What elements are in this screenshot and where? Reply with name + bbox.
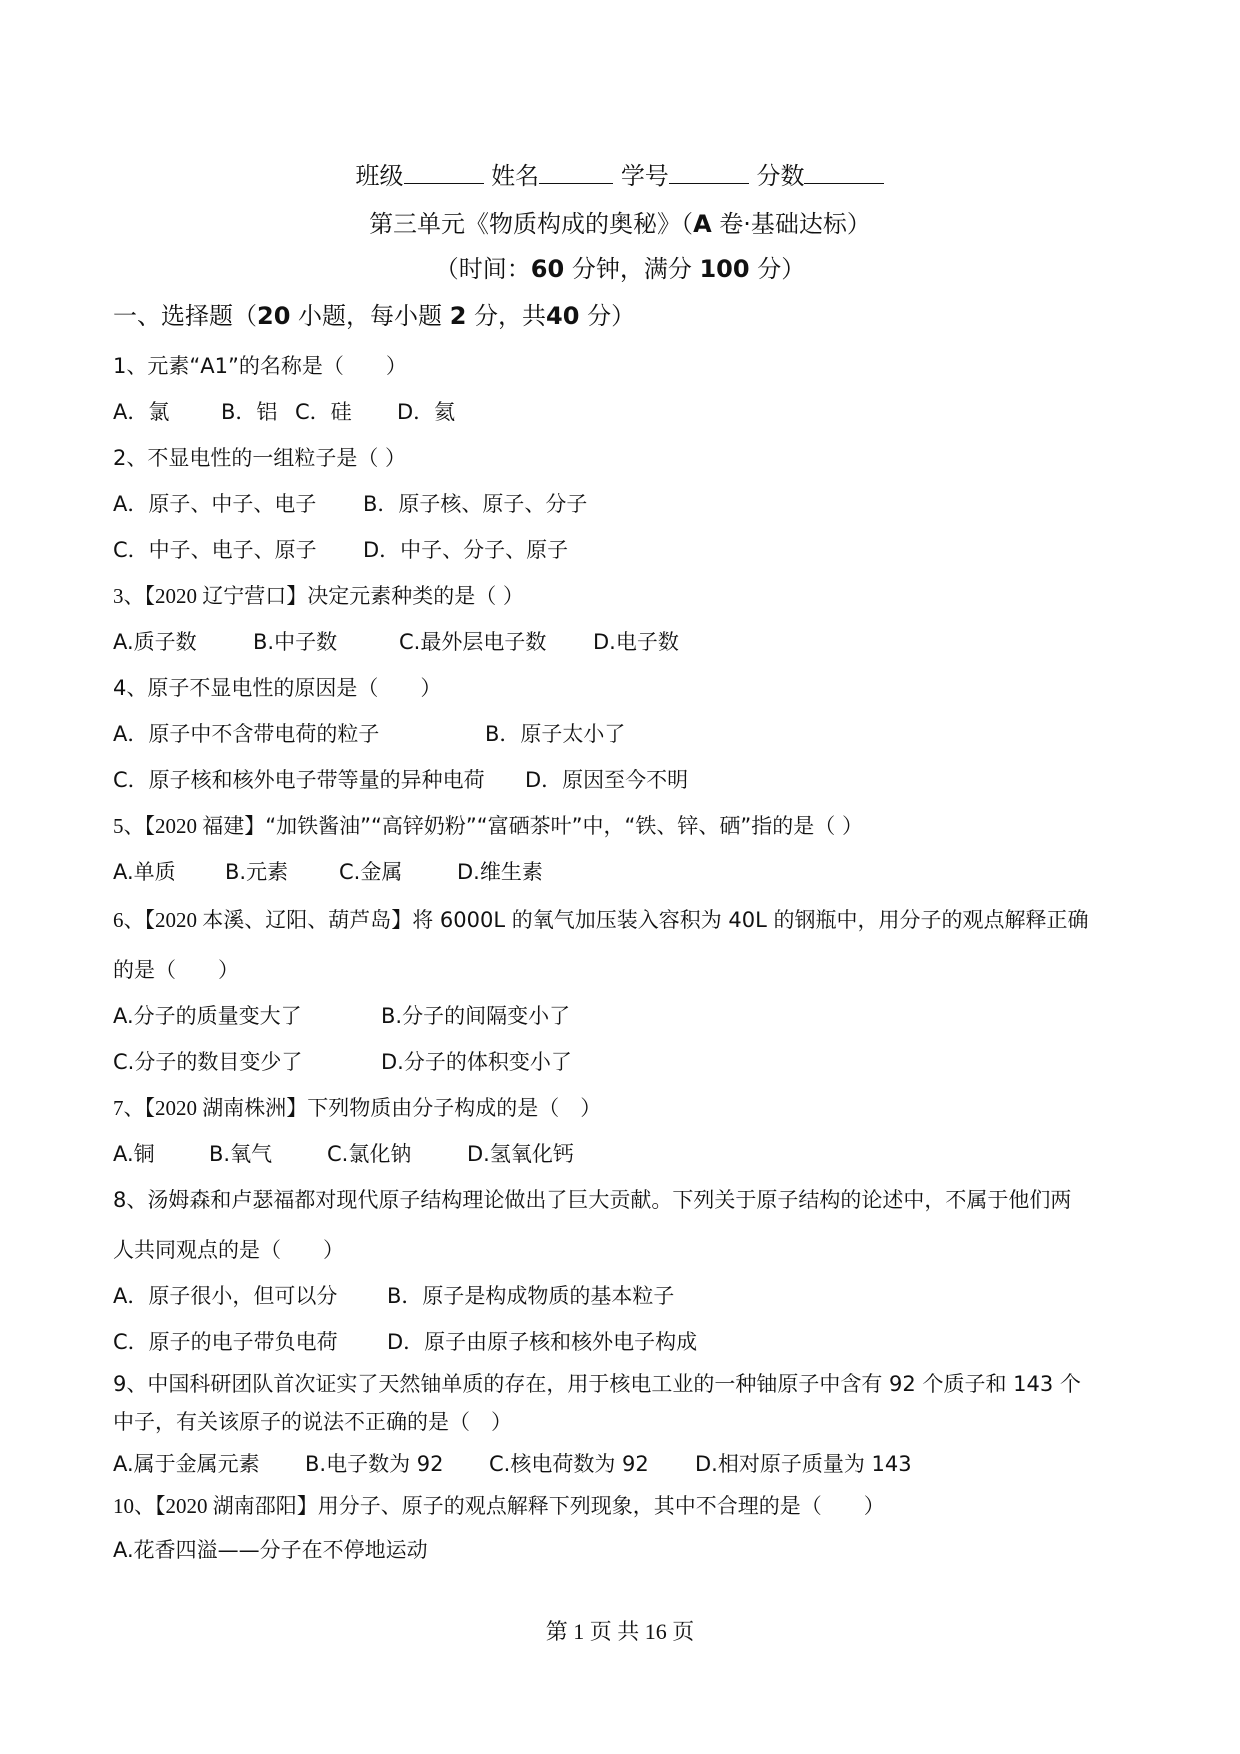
question-text-cont: 人共同观点的是（ ） <box>113 1238 344 1262</box>
question-2: 2、不显电性的一组粒子是（ ） <box>113 444 406 472</box>
question-6-cont: 的是（ ） <box>113 956 239 984</box>
option-d[interactable]: D．原子由原子核和核外电子构成 <box>387 1328 697 1356</box>
question-text: 元素“A1”的名称是（ ） <box>147 354 407 378</box>
question-text: 下列物质由分子构成的是（ ） <box>307 1096 601 1120</box>
option-d[interactable]: D.氢氧化钙 <box>467 1140 574 1168</box>
question-9-cont: 中子，有关该原子的说法不正确的是（ ） <box>113 1408 512 1436</box>
question-4-options-row1: A．原子中不含带电荷的粒子B．原子太小了 <box>113 720 625 748</box>
option-a[interactable]: A.质子数 <box>113 628 253 656</box>
question-number: 6、 <box>113 908 145 932</box>
total-points: 40 <box>546 302 579 330</box>
option-a[interactable]: A．原子、中子、电子 <box>113 490 363 518</box>
section-prefix: 一、选择题（ <box>113 302 257 330</box>
class-blank[interactable] <box>404 161 484 184</box>
class-label: 班级 <box>356 162 404 190</box>
question-text: 原子不显电性的原因是（ ） <box>147 676 441 700</box>
exam-page: 班级 姓名 学号 分数 第三单元《物质构成的奥秘》（A 卷·基础达标） （时间：… <box>0 0 1240 1754</box>
option-d[interactable]: D.相对原子质量为 143 <box>695 1450 912 1478</box>
full-score: 100 <box>699 255 749 283</box>
option-b[interactable]: B.电子数为 92 <box>305 1450 489 1478</box>
question-text: 决定元素种类的是（ ） <box>307 584 524 608</box>
option-b[interactable]: B.氧气 <box>209 1140 327 1168</box>
question-7: 7、【2020 湖南株洲】下列物质由分子构成的是（ ） <box>113 1094 601 1122</box>
points-per-question: 2 <box>450 302 467 330</box>
student-info-line: 班级 姓名 学号 分数 <box>0 160 1240 192</box>
question-5: 5、【2020 福建】“加铁酱油”“高锌奶粉”“富硒茶叶”中，“铁、锌、硒”指的… <box>113 812 863 840</box>
page-title: 第三单元《物质构成的奥秘》（A 卷·基础达标） <box>0 208 1240 240</box>
section-heading: 一、选择题（20 小题，每小题 2 分，共40 分） <box>113 300 635 332</box>
section-mid2: 分，共 <box>474 302 546 330</box>
question-1-options: A．氯B．铝C．硅D．氦 <box>113 398 455 426</box>
option-a[interactable]: A.花香四溢——分子在不停地运动 <box>113 1536 428 1564</box>
section-mid1: 小题，每小题 <box>298 302 442 330</box>
name-label: 姓名 <box>491 162 539 190</box>
time-limit-line: （时间：60 分钟，满分 100 分） <box>0 253 1240 285</box>
option-b[interactable]: B.元素 <box>225 858 339 886</box>
option-c[interactable]: C．原子核和核外电子带等量的异种电荷 <box>113 766 525 794</box>
time-mid: 分钟，满分 <box>572 255 692 283</box>
option-a[interactable]: A.分子的质量变大了 <box>113 1002 381 1030</box>
option-d[interactable]: D．中子、分子、原子 <box>363 536 568 564</box>
time-close: 分） <box>757 255 805 283</box>
question-8-options-row2: C．原子的电子带负电荷D．原子由原子核和核外电子构成 <box>113 1328 697 1356</box>
title-version: A <box>693 210 712 238</box>
question-8: 8、汤姆森和卢瑟福都对现代原子结构理论做出了巨大贡献。下列关于原子结构的论述中，… <box>113 1186 1071 1214</box>
question-count: 20 <box>257 302 290 330</box>
option-a[interactable]: A.单质 <box>113 858 225 886</box>
option-d[interactable]: D．原因至今不明 <box>525 766 688 794</box>
score-label: 分数 <box>756 162 804 190</box>
question-text: 用分子、原子的观点解释下列现象，其中不合理的是（ ） <box>318 1494 885 1518</box>
question-text: “加铁酱油”“高锌奶粉”“富硒茶叶”中，“铁、锌、硒”指的是（ ） <box>265 814 863 838</box>
section-suffix: 分） <box>587 302 635 330</box>
option-c[interactable]: C.金属 <box>339 858 457 886</box>
time-minutes: 60 <box>531 255 564 283</box>
option-d[interactable]: D.分子的体积变小了 <box>381 1048 572 1076</box>
option-d[interactable]: D.电子数 <box>593 628 679 656</box>
question-9: 9、中国科研团队首次证实了天然铀单质的存在，用于核电工业的一种铀原子中含有 92… <box>113 1370 1081 1398</box>
question-8-cont: 人共同观点的是（ ） <box>113 1236 344 1264</box>
question-number: 2、 <box>113 446 147 470</box>
student-id-blank[interactable] <box>669 161 749 184</box>
question-text: 不显电性的一组粒子是（ ） <box>147 446 406 470</box>
option-c[interactable]: C.最外层电子数 <box>399 628 593 656</box>
student-id-label: 学号 <box>621 162 669 190</box>
question-4-options-row2: C．原子核和核外电子带等量的异种电荷D．原因至今不明 <box>113 766 688 794</box>
option-b[interactable]: B．原子核、原子、分子 <box>363 490 587 518</box>
option-b[interactable]: B．原子太小了 <box>485 720 625 748</box>
question-2-options-row1: A．原子、中子、电子B．原子核、原子、分子 <box>113 490 587 518</box>
option-d[interactable]: D．氦 <box>397 398 455 426</box>
question-text-cont: 的是（ ） <box>113 958 239 982</box>
option-c[interactable]: C.分子的数目变少了 <box>113 1048 381 1076</box>
question-source: 【2020 本溪、辽阳、葫芦岛】 <box>145 908 413 932</box>
question-10-options: A.花香四溢——分子在不停地运动 <box>113 1536 428 1564</box>
question-source: 【2020 湖南株洲】 <box>145 1096 308 1120</box>
title-suffix: 卷·基础达标） <box>719 210 871 238</box>
title-prefix: 第三单元《物质构成的奥秘》（ <box>369 210 693 238</box>
question-6-options-row1: A.分子的质量变大了B.分子的间隔变小了 <box>113 1002 570 1030</box>
option-b[interactable]: B．原子是构成物质的基本粒子 <box>387 1282 674 1310</box>
question-number: 8、 <box>113 1188 147 1212</box>
option-a[interactable]: A．原子很小，但可以分 <box>113 1282 387 1310</box>
question-number: 7、 <box>113 1096 145 1120</box>
question-number: 3、 <box>113 584 145 608</box>
question-number: 1、 <box>113 354 147 378</box>
option-c[interactable]: C.氯化钠 <box>327 1140 467 1168</box>
score-blank[interactable] <box>804 161 884 184</box>
question-4: 4、原子不显电性的原因是（ ） <box>113 674 441 702</box>
question-6: 6、【2020 本溪、辽阳、葫芦岛】将 6000L 的氧气加压装入容积为 40L… <box>113 906 1089 934</box>
question-number: 5、 <box>113 814 145 838</box>
option-a[interactable]: A．氯 <box>113 398 221 426</box>
option-a[interactable]: A.铜 <box>113 1140 209 1168</box>
question-9-options: A.属于金属元素B.电子数为 92C.核电荷数为 92D.相对原子质量为 143 <box>113 1450 912 1478</box>
question-8-options-row1: A．原子很小，但可以分B．原子是构成物质的基本粒子 <box>113 1282 674 1310</box>
option-a[interactable]: A．原子中不含带电荷的粒子 <box>113 720 485 748</box>
question-text: 汤姆森和卢瑟福都对现代原子结构理论做出了巨大贡献。下列关于原子结构的论述中，不属… <box>147 1188 1071 1212</box>
option-b[interactable]: B.中子数 <box>253 628 399 656</box>
option-c[interactable]: C.核电荷数为 92 <box>489 1450 695 1478</box>
question-3-options: A.质子数B.中子数C.最外层电子数D.电子数 <box>113 628 679 656</box>
question-source: 【2020 湖南邵阳】 <box>155 1494 318 1518</box>
page-number-footer: 第 1 页 共 16 页 <box>0 1615 1240 1646</box>
question-2-options-row2: C．中子、电子、原子D．中子、分子、原子 <box>113 536 568 564</box>
question-1: 1、元素“A1”的名称是（ ） <box>113 352 407 380</box>
option-c[interactable]: C．原子的电子带负电荷 <box>113 1328 387 1356</box>
question-text-cont: 中子，有关该原子的说法不正确的是（ ） <box>113 1410 512 1434</box>
question-10: 10、【2020 湖南邵阳】用分子、原子的观点解释下列现象，其中不合理的是（ ） <box>113 1492 885 1520</box>
option-d[interactable]: D.维生素 <box>457 858 543 886</box>
question-source: 【2020 辽宁营口】 <box>145 584 308 608</box>
question-text: 将 6000L 的氧气加压装入容积为 40L 的钢瓶中，用分子的观点解释正确 <box>412 908 1088 932</box>
question-5-options: A.单质B.元素C.金属D.维生素 <box>113 858 543 886</box>
question-number: 10、 <box>113 1494 155 1518</box>
option-b[interactable]: B．铝 <box>221 398 295 426</box>
question-text: 中国科研团队首次证实了天然铀单质的存在，用于核电工业的一种铀原子中含有 92 个… <box>147 1372 1081 1396</box>
question-6-options-row2: C.分子的数目变少了D.分子的体积变小了 <box>113 1048 572 1076</box>
time-open: （时间： <box>435 255 531 283</box>
question-number: 9、 <box>113 1372 147 1396</box>
question-7-options: A.铜B.氧气C.氯化钠D.氢氧化钙 <box>113 1140 574 1168</box>
question-number: 4、 <box>113 676 147 700</box>
question-source: 【2020 福建】 <box>145 814 266 838</box>
question-3: 3、【2020 辽宁营口】决定元素种类的是（ ） <box>113 582 524 610</box>
name-blank[interactable] <box>539 161 613 184</box>
option-c[interactable]: C．中子、电子、原子 <box>113 536 363 564</box>
option-a[interactable]: A.属于金属元素 <box>113 1450 305 1478</box>
option-b[interactable]: B.分子的间隔变小了 <box>381 1002 570 1030</box>
option-c[interactable]: C．硅 <box>295 398 397 426</box>
